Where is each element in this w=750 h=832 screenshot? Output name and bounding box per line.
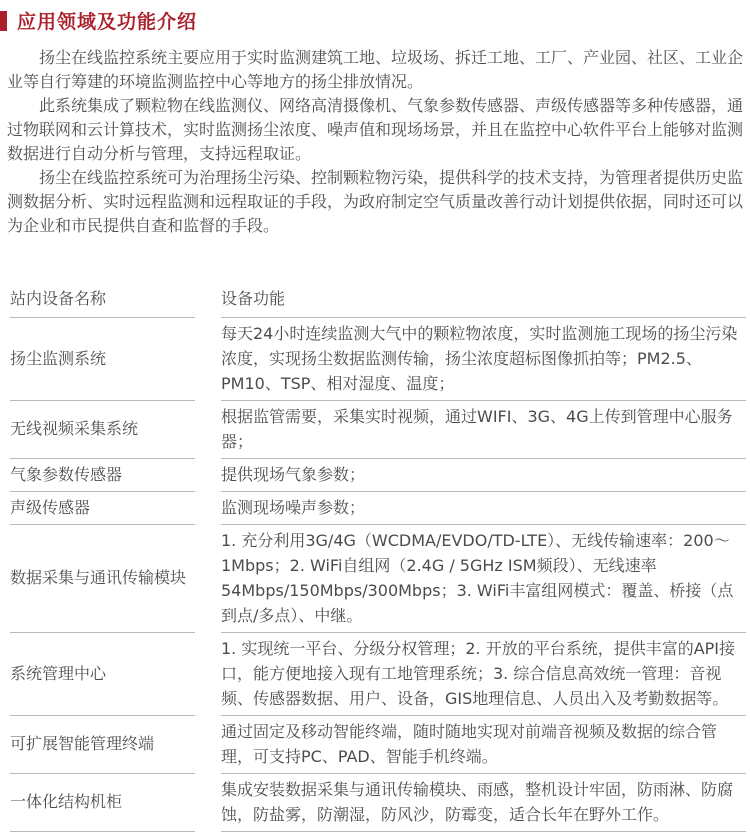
column-gap: [195, 492, 221, 525]
table-row: 数据采集与通讯传输模块 1. 充分利用3G/4G（WCDMA/EVDO/TD-L…: [10, 525, 746, 633]
device-function-cell: 根据监管需要，采集实时视频，通过WIFI、3G、4G上传到管理中心服务器；: [221, 401, 746, 459]
table-row: 扬尘监测系统 每天24小时连续监测大气中的颗粒物浓度，实时监测施工现场的扬尘污染…: [10, 318, 746, 401]
table-header-row: 站内设备名称 设备功能: [10, 284, 746, 318]
column-header-device-name: 站内设备名称: [10, 284, 195, 318]
intro-paragraph: 扬尘在线监控系统可为治理扬尘污染、控制颗粒物污染，提供科学的技术支持，为管理者提…: [7, 166, 743, 238]
column-gap: [195, 633, 221, 716]
column-header-device-function: 设备功能: [221, 284, 746, 318]
table-row: 无线视频采集系统 根据监管需要，采集实时视频，通过WIFI、3G、4G上传到管理…: [10, 401, 746, 459]
column-gap: [195, 525, 221, 633]
document-page: 应用领域及功能介绍 扬尘在线监控系统主要应用于实时监测建筑工地、垃圾场、拆迁工地…: [0, 0, 750, 832]
column-gap: [195, 284, 221, 318]
column-gap: [195, 774, 221, 832]
page-title: 应用领域及功能介绍: [17, 10, 750, 34]
table-row: 声级传感器 监测现场噪声参数；: [10, 492, 746, 525]
intro-paragraph: 扬尘在线监控系统主要应用于实时监测建筑工地、垃圾场、拆迁工地、工厂、产业园、社区…: [7, 46, 743, 94]
device-name-cell: 声级传感器: [10, 492, 195, 525]
device-function-cell: 监测现场噪声参数；: [221, 492, 746, 525]
table-row: 系统管理中心 1. 实现统一平台、分级分权管理；2. 开放的平台系统，提供丰富的…: [10, 633, 746, 716]
device-name-cell: 可扩展智能管理终端: [10, 716, 195, 774]
device-name-cell: 扬尘监测系统: [10, 318, 195, 401]
device-function-cell: 集成安装数据采集与通讯传输模块、雨感，整机设计牢固，防雨淋、防腐蚀，防盐雾，防潮…: [221, 774, 746, 832]
device-function-cell: 每天24小时连续监测大气中的颗粒物浓度，实时监测施工现场的扬尘污染浓度，实现扬尘…: [221, 318, 746, 401]
intro-paragraphs: 扬尘在线监控系统主要应用于实时监测建筑工地、垃圾场、拆迁工地、工厂、产业园、社区…: [0, 46, 750, 238]
table-row: 一体化结构机柜 集成安装数据采集与通讯传输模块、雨感，整机设计牢固，防雨淋、防腐…: [10, 774, 746, 832]
device-function-cell: 提供现场气象参数；: [221, 459, 746, 492]
device-name-cell: 系统管理中心: [10, 633, 195, 716]
column-gap: [195, 318, 221, 401]
section-title-row: 应用领域及功能介绍: [0, 0, 750, 36]
table-row: 气象参数传感器 提供现场气象参数；: [10, 459, 746, 492]
equipment-function-table: 站内设备名称 设备功能 扬尘监测系统 每天24小时连续监测大气中的颗粒物浓度，实…: [10, 284, 746, 832]
red-square-icon: [0, 11, 7, 31]
device-name-cell: 气象参数传感器: [10, 459, 195, 492]
device-name-cell: 数据采集与通讯传输模块: [10, 525, 195, 633]
device-function-cell: 1. 实现统一平台、分级分权管理；2. 开放的平台系统，提供丰富的API接口，能…: [221, 633, 746, 716]
column-gap: [195, 459, 221, 492]
table-row: 可扩展智能管理终端 通过固定及移动智能终端，随时随地实现对前端音视频及数据的综合…: [10, 716, 746, 774]
column-gap: [195, 716, 221, 774]
device-function-cell: 1. 充分利用3G/4G（WCDMA/EVDO/TD-LTE）、无线传输速率：2…: [221, 525, 746, 633]
device-name-cell: 一体化结构机柜: [10, 774, 195, 832]
intro-paragraph: 此系统集成了颗粒物在线监测仪、网络高清摄像机、气象参数传感器、声级传感器等多种传…: [7, 94, 743, 166]
device-function-cell: 通过固定及移动智能终端，随时随地实现对前端音视频及数据的综合管理，可支持PC、P…: [221, 716, 746, 774]
column-gap: [195, 401, 221, 459]
device-name-cell: 无线视频采集系统: [10, 401, 195, 459]
